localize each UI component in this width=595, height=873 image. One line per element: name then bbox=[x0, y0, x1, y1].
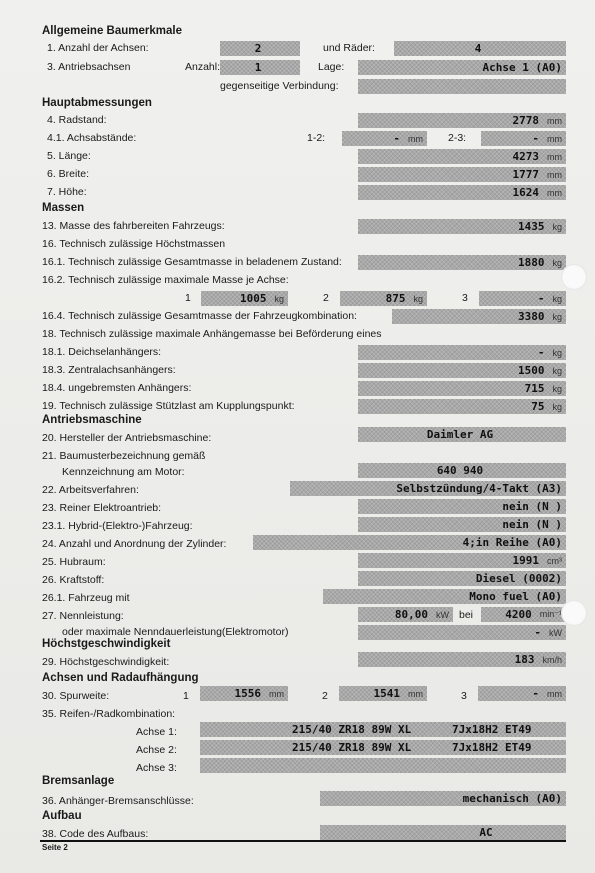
label-hoechstgeschwindigkeit: 29. Höchstgeschwindigkeit: bbox=[42, 656, 169, 668]
label-ungebremst: 18.4. ungebremsten Anhängers: bbox=[42, 382, 191, 394]
label-spur-1: 1 bbox=[183, 690, 189, 702]
field-masse-achse-3: -kg bbox=[479, 291, 566, 306]
label-achse-3-reifen: Achse 3: bbox=[136, 762, 177, 774]
label-elektroantrieb: 23. Reiner Elektroantrieb: bbox=[42, 502, 161, 514]
label-reifen-radkombination: 35. Reifen-/Radkombination: bbox=[42, 708, 175, 720]
section-antriebsmaschine: Antriebsmaschine bbox=[42, 414, 142, 426]
field-reifen-achse-1: 215/40 ZR18 89W XL7Jx18H2 ET49 bbox=[200, 722, 566, 737]
field-fahrzeug-mit: Mono fuel (A0) bbox=[323, 589, 566, 604]
section-aufbau: Aufbau bbox=[42, 810, 82, 822]
section-achsen-radaufhaengung: Achsen und Radaufhängung bbox=[42, 672, 199, 684]
field-hoehe: 1624mm bbox=[358, 185, 566, 200]
field-reifen-achse-3 bbox=[200, 758, 566, 773]
field-gegenseitige-verbindung bbox=[358, 79, 566, 94]
field-masse-achse-2: 875kg bbox=[340, 291, 427, 306]
label-anzahl: Anzahl: bbox=[185, 61, 220, 73]
label-achse-2: 2 bbox=[323, 292, 329, 304]
label-hybrid: 23.1. Hybrid-(Elektro-)Fahrzeug: bbox=[42, 520, 193, 532]
label-achse-2-reifen: Achse 2: bbox=[136, 744, 177, 756]
label-masse-je-achse: 16.2. Technisch zulässige maximale Masse… bbox=[42, 274, 289, 286]
field-anzahl-achsen: 2 bbox=[220, 41, 300, 56]
label-achse-3: 3 bbox=[462, 292, 468, 304]
label-kennzeichnung-motor: Kennzeichnung am Motor: bbox=[62, 466, 185, 478]
field-ungebremst: 715kg bbox=[358, 381, 566, 396]
field-achsabstand-1-2: -mm bbox=[342, 131, 427, 146]
section-hauptabmessungen: Hauptabmessungen bbox=[42, 97, 152, 109]
label-baumusterbezeichnung: 21. Baumusterbezeichnung gemäß bbox=[42, 450, 205, 462]
field-masse-fahrbereit: 1435kg bbox=[358, 219, 566, 234]
label-gesamtmasse-beladen: 16.1. Technisch zulässige Gesamtmasse in… bbox=[42, 256, 342, 268]
field-deichselanhaenger: -kg bbox=[358, 345, 566, 360]
label-achsabstand-1-2: 1-2: bbox=[307, 132, 325, 144]
field-breite: 1777mm bbox=[358, 167, 566, 182]
section-hoechstgeschwindigkeit: Höchstgeschwindigkeit bbox=[42, 638, 170, 650]
label-fahrzeug-mit: 26.1. Fahrzeug mit bbox=[42, 592, 130, 604]
label-stuetzlast: 19. Technisch zulässige Stützlast am Kup… bbox=[42, 400, 295, 412]
footer-rule bbox=[40, 840, 566, 842]
page-number: Seite 2 bbox=[42, 843, 68, 852]
label-antriebsachsen: 3. Antriebsachsen bbox=[47, 61, 130, 73]
field-anhaenger-bremsanschluesse: mechanisch (A0) bbox=[320, 791, 566, 806]
label-hoehe: 7. Höhe: bbox=[47, 186, 87, 198]
punch-hole-bottom bbox=[561, 600, 587, 626]
field-code-aufbau: AC bbox=[320, 825, 566, 840]
label-spur-3: 3 bbox=[461, 690, 467, 702]
label-hubraum: 25. Hubraum: bbox=[42, 556, 106, 568]
label-code-aufbau: 38. Code des Aufbaus: bbox=[42, 828, 148, 840]
label-hersteller: 20. Hersteller der Antriebsmaschine: bbox=[42, 432, 211, 444]
label-arbeitsverfahren: 22. Arbeitsverfahren: bbox=[42, 484, 139, 496]
label-anhaengemasse: 18. Technisch zulässige maximale Anhänge… bbox=[42, 328, 382, 340]
label-achse-1: 1 bbox=[185, 292, 191, 304]
field-nennleistung: 80,00kW bbox=[358, 607, 453, 622]
label-hoechstmassen: 16. Technisch zulässige Höchstmassen bbox=[42, 238, 225, 250]
label-spurweite: 30. Spurweite: bbox=[42, 690, 109, 702]
label-lage: Lage: bbox=[318, 61, 344, 73]
label-nennleistung: 27. Nennleistung: bbox=[42, 610, 124, 622]
field-hoechstgeschwindigkeit: 183km/h bbox=[358, 652, 566, 667]
label-achsabstand-2-3: 2-3: bbox=[448, 132, 466, 144]
label-laenge: 5. Länge: bbox=[47, 150, 91, 162]
field-drehzahl: 4200min⁻¹ bbox=[481, 607, 566, 622]
field-masse-achse-1: 1005kg bbox=[201, 291, 288, 306]
field-zentralachsanhaenger: 1500kg bbox=[358, 363, 566, 378]
section-bremsanlage: Bremsanlage bbox=[42, 775, 114, 787]
field-stuetzlast: 75kg bbox=[358, 399, 566, 414]
field-kraftstoff: Diesel (0002) bbox=[358, 571, 566, 586]
field-kennzeichnung-motor: 640 940 bbox=[358, 463, 566, 478]
label-anhaenger-bremsanschluesse: 36. Anhänger-Bremsanschlüsse: bbox=[42, 795, 194, 807]
field-lage: Achse 1 (A0) bbox=[358, 60, 566, 75]
label-gesamtmasse-kombination: 16.4. Technisch zulässige Gesamtmasse de… bbox=[42, 310, 357, 322]
field-arbeitsverfahren: Selbstzündung/4-Takt (A3) bbox=[290, 481, 566, 496]
label-anzahl-achsen: 1. Anzahl der Achsen: bbox=[47, 42, 149, 54]
label-achsabstaende: 4.1. Achsabstände: bbox=[47, 132, 136, 144]
label-nenndauerleistung: oder maximale Nenndauerleistung(Elektrom… bbox=[62, 626, 288, 638]
section-allgemeine-baumerkmale: Allgemeine Baumerkmale bbox=[42, 25, 182, 37]
field-hubraum: 1991cm³ bbox=[358, 553, 566, 568]
label-achse-1-reifen: Achse 1: bbox=[136, 726, 177, 738]
label-zylinder: 24. Anzahl und Anordnung der Zylinder: bbox=[42, 538, 226, 550]
field-antriebsachsen-anzahl: 1 bbox=[220, 60, 300, 75]
field-hersteller: Daimler AG bbox=[358, 427, 566, 442]
field-gesamtmasse-kombination: 3380kg bbox=[392, 309, 566, 324]
label-breite: 6. Breite: bbox=[47, 168, 89, 180]
field-hybrid: nein (N ) bbox=[358, 517, 566, 532]
field-elektroantrieb: nein (N ) bbox=[358, 499, 566, 514]
field-nenndauerleistung: -kW bbox=[358, 625, 566, 640]
label-zentralachsanhaenger: 18.3. Zentralachsanhängers: bbox=[42, 364, 176, 376]
field-reifen-achse-2: 215/40 ZR18 89W XL7Jx18H2 ET49 bbox=[200, 740, 566, 755]
field-spurweite-2: 1541mm bbox=[339, 686, 427, 701]
field-radstand: 2778mm bbox=[358, 113, 566, 128]
section-massen: Massen bbox=[42, 202, 84, 214]
label-raeder: und Räder: bbox=[323, 42, 375, 54]
label-spur-2: 2 bbox=[322, 690, 328, 702]
field-spurweite-1: 1556mm bbox=[200, 686, 288, 701]
field-achsabstand-2-3: -mm bbox=[481, 131, 566, 146]
label-deichselanhaenger: 18.1. Deichselanhängers: bbox=[42, 346, 161, 358]
field-spurweite-3: -mm bbox=[478, 686, 566, 701]
field-laenge: 4273mm bbox=[358, 149, 566, 164]
field-raeder: 4 bbox=[394, 41, 566, 56]
label-kraftstoff: 26. Kraftstoff: bbox=[42, 574, 104, 586]
label-radstand: 4. Radstand: bbox=[47, 114, 107, 126]
label-masse-fahrbereit: 13. Masse des fahrbereiten Fahrzeugs: bbox=[42, 220, 225, 232]
field-gesamtmasse-beladen: 1880kg bbox=[358, 255, 566, 270]
label-gegenseitige-verbindung: gegenseitige Verbindung: bbox=[220, 80, 339, 92]
punch-hole-top bbox=[561, 264, 587, 290]
field-zylinder: 4;in Reihe (A0) bbox=[253, 535, 566, 550]
label-bei: bei bbox=[459, 609, 473, 621]
document-page: Allgemeine Baumerkmale 1. Anzahl der Ach… bbox=[0, 0, 595, 873]
